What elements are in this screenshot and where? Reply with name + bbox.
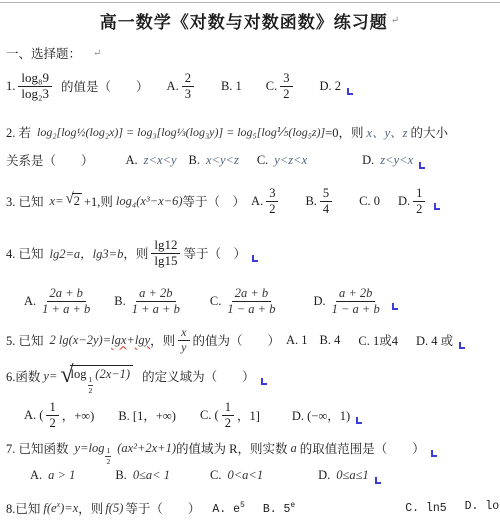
option-d-value: z<y<x bbox=[380, 153, 413, 168]
math-expression: x= bbox=[50, 194, 64, 209]
option-b-label: B. bbox=[114, 294, 125, 309]
option-b-label: B. bbox=[189, 153, 200, 168]
option-a-label: A. bbox=[30, 468, 42, 483]
question-text: ，则 bbox=[78, 499, 103, 517]
fraction-numerator: 1 bbox=[46, 400, 58, 415]
question-text: =0，则 bbox=[325, 123, 363, 141]
title-row: 高一数学《对数与对数函数》练习题↵ bbox=[0, 8, 500, 33]
fraction-denominator: lg15 bbox=[151, 254, 180, 269]
option-a: A. e5 bbox=[212, 501, 244, 516]
option-c: C. 0 bbox=[359, 194, 380, 209]
edit-mark-icon bbox=[392, 303, 398, 310]
edit-mark-icon bbox=[431, 450, 437, 457]
question-text: 的值域为 R，则实数 bbox=[176, 439, 287, 457]
question-1: 1. log₈9 log₂3 的值是（ ） A. 2 3 B. 1 C. 3 2… bbox=[6, 60, 353, 112]
option-b-label: B. bbox=[305, 194, 316, 209]
edit-mark-icon bbox=[375, 477, 381, 484]
fraction-denominator: 2 bbox=[222, 416, 234, 430]
question-7-options: A. a > 1 B. 0≤a< 1 C. 0<a<1 D. 0≤a≤1 bbox=[30, 464, 381, 486]
math-expression-misspelled: lgx bbox=[111, 333, 126, 348]
option-d-value: 0≤a≤1 bbox=[336, 468, 368, 483]
document-page: 高一数学《对数与对数函数》练习题↵ 一、选择题：↵ 1. log₈9 log₂3… bbox=[0, 0, 500, 524]
fraction: x y bbox=[178, 326, 189, 355]
fraction-denominator: 4 bbox=[320, 202, 332, 216]
option-b-label: B. bbox=[115, 468, 126, 483]
math-expression-misspelled: lgy bbox=[135, 333, 150, 348]
question-number: 3. 已知 bbox=[6, 192, 44, 210]
fraction: 3 2 bbox=[266, 186, 278, 216]
option-d: D. (−∞，1) bbox=[292, 406, 350, 424]
option-b-value: x<y<z bbox=[206, 153, 239, 168]
log-argument: (2x−1) bbox=[95, 367, 130, 382]
fraction: 1 2 bbox=[222, 400, 234, 430]
option-a: A. 1 bbox=[286, 333, 308, 348]
fraction: 3 2 bbox=[280, 71, 292, 101]
fraction-numerator: x bbox=[178, 326, 189, 341]
pilcrow-return-icon: ↵ bbox=[93, 48, 101, 59]
fraction-numerator: lg12 bbox=[151, 238, 180, 254]
option-c-label: C. bbox=[210, 468, 221, 483]
fraction: 1 2 bbox=[46, 400, 58, 430]
question-stem: 的定义域为（ ） bbox=[142, 367, 255, 385]
question-stem: 等于（ ） bbox=[183, 244, 246, 262]
radical-icon: √ bbox=[66, 192, 74, 207]
log-base-fraction: 1 2 bbox=[105, 446, 111, 466]
radicand: log 1 2 (2x−1) bbox=[70, 365, 134, 387]
question-number: 4. 已知 bbox=[6, 244, 44, 262]
fraction-numerator: 1 bbox=[222, 400, 234, 415]
math-expression: 2 lg(x−2y)= bbox=[50, 333, 112, 348]
question-text: ，则 bbox=[123, 244, 148, 262]
fraction-numerator: 1 bbox=[105, 446, 111, 456]
question-6-options: A. ( 1 2 ，+∞) B. [1，+∞) C. ( 1 2 ，1] D. … bbox=[24, 395, 362, 435]
log-base-fraction: 1 2 bbox=[88, 375, 94, 395]
fraction-denominator: 1 − a + b bbox=[329, 302, 383, 316]
option-b-exponent: e bbox=[290, 501, 295, 510]
fraction-denominator: 2 bbox=[266, 202, 278, 216]
option-a-label: A. ( bbox=[24, 408, 43, 423]
question-text: 的大小 bbox=[410, 123, 448, 141]
page-title: 高一数学《对数与对数函数》练习题 bbox=[100, 8, 388, 33]
option-a-value: z<x<y bbox=[144, 153, 177, 168]
fraction-numerator: 1 bbox=[88, 375, 94, 385]
question-7-line1: 7. 已知函数 y=log 1 2 (ax²+2x+1) 的值域为 R，则实数 … bbox=[6, 431, 437, 465]
fraction-numerator: 5 bbox=[320, 186, 332, 201]
log-function: log bbox=[71, 367, 87, 382]
option-d: D. log5e bbox=[465, 500, 500, 515]
page-top-border bbox=[0, 2, 500, 3]
question-number: 8.已知 bbox=[6, 499, 40, 517]
option-a-value: a > 1 bbox=[48, 468, 75, 483]
question-number: 7. 已知函数 bbox=[6, 439, 69, 457]
question-stem: 的取值范围是（ ） bbox=[300, 439, 425, 457]
fraction-numerator: log₈9 bbox=[18, 71, 52, 87]
question-4-options: A. 2a + b 1 + a + b B. a + 2b 1 + a + b … bbox=[24, 280, 398, 322]
option-c-value: 0<a<1 bbox=[227, 468, 263, 483]
question-8: 8.已知 f(ex)=x ，则 f(5) 等于（ ） A. e5 B. 5e C… bbox=[6, 495, 500, 521]
question-2-line2: 关系是（ ） A. z<x<y B. x<y<z C. y<z<x D. z<y… bbox=[6, 149, 425, 171]
option-b: B. 5e bbox=[263, 501, 295, 516]
fraction: 2a + b 1 − a + b bbox=[224, 286, 278, 316]
fraction: 2 3 bbox=[182, 71, 194, 101]
fx-base: f(e bbox=[43, 501, 56, 515]
math-variables: x、y、z bbox=[367, 123, 408, 141]
fraction: a + 2b 1 − a + b bbox=[329, 286, 383, 316]
question-text: ，则 bbox=[150, 331, 175, 349]
fraction-denominator: 3 bbox=[182, 87, 194, 101]
option-a-base: A. e bbox=[212, 502, 240, 515]
edit-mark-icon bbox=[419, 162, 425, 169]
fraction-numerator: a + 2b bbox=[136, 286, 175, 301]
question-text: +1,则 bbox=[84, 192, 113, 210]
math-operator: + bbox=[126, 333, 134, 348]
option-d-label: D. bbox=[398, 194, 410, 209]
math-expression: lg2=a，lg3=b bbox=[50, 244, 124, 262]
math-expression: f(5) bbox=[105, 501, 123, 516]
question-stem: 等于（ ） bbox=[183, 192, 246, 210]
question-3: 3. 已知 x= √ 2 +1,则 log₄(x³−x−6) 等于（ ） A. … bbox=[6, 177, 440, 225]
option-a-label: A. bbox=[126, 153, 138, 168]
edit-mark-icon bbox=[459, 342, 465, 349]
option-c: C. ln5 bbox=[405, 502, 446, 515]
option-c: C. 1或4 bbox=[358, 331, 398, 349]
option-d-label: D. bbox=[318, 468, 330, 483]
option-a-exponent: 5 bbox=[240, 501, 245, 510]
option-b: B. 4 bbox=[320, 333, 341, 348]
fraction-numerator: 3 bbox=[280, 71, 292, 86]
option-b: B. [1，+∞) bbox=[118, 406, 176, 424]
fraction-numerator: 1 bbox=[413, 186, 425, 201]
fraction-denominator: 1 + a + b bbox=[129, 302, 183, 316]
question-4-line1: 4. 已知 lg2=a，lg3=b ，则 lg12 lg15 等于（ ） bbox=[6, 231, 258, 275]
fraction: 2a + b 1 + a + b bbox=[39, 286, 93, 316]
math-expression: log₂[log½(log₂x)] = log₃[log⅓(log₃y)] = … bbox=[37, 125, 325, 140]
fraction-numerator: 2a + b bbox=[232, 286, 271, 301]
option-a-label: A. bbox=[167, 79, 179, 94]
question-stem: 的值是（ ） bbox=[61, 77, 149, 95]
fraction: 5 4 bbox=[320, 186, 332, 216]
option-b-value: 0≤a< 1 bbox=[133, 468, 170, 483]
question-2-line1: 2. 若 log₂[log½(log₂x)] = log₃[log⅓(log₃y… bbox=[6, 121, 448, 143]
question-stem: 关系是（ ） bbox=[6, 151, 94, 169]
fraction-denominator: log₂3 bbox=[18, 87, 52, 102]
edit-mark-icon bbox=[347, 88, 353, 95]
radical-expression: √ log 1 2 (2x−1) bbox=[60, 365, 133, 387]
fraction: a + 2b 1 + a + b bbox=[129, 286, 183, 316]
fraction-denominator: 2 bbox=[46, 416, 58, 430]
option-d: D. 4 或 bbox=[416, 331, 453, 349]
math-variable: a bbox=[291, 441, 297, 456]
option-d-base: D. log bbox=[465, 500, 500, 513]
fraction: log₈9 log₂3 bbox=[18, 71, 52, 102]
option-a-label: A. bbox=[24, 294, 36, 309]
option-b-base: B. 5 bbox=[263, 502, 291, 515]
fraction-numerator: 2a + b bbox=[47, 286, 86, 301]
fraction-denominator: y bbox=[178, 341, 189, 355]
fraction-denominator: 2 bbox=[413, 202, 425, 216]
option-d-label: D. bbox=[313, 294, 325, 309]
fraction-denominator: 1 + a + b bbox=[39, 302, 93, 316]
option-c-value: y<z<x bbox=[274, 153, 307, 168]
fraction-numerator: a + 2b bbox=[336, 286, 375, 301]
fraction: lg12 lg15 bbox=[151, 238, 180, 269]
edit-mark-icon bbox=[434, 203, 440, 210]
math-expression: y= bbox=[43, 369, 57, 384]
fraction-denominator: 1 − a + b bbox=[224, 302, 278, 316]
option-c-suffix: ，1] bbox=[237, 406, 260, 424]
question-5: 5. 已知 2 lg(x−2y)= lgx + lgy ，则 x y 的值为（ … bbox=[6, 320, 465, 360]
square-root: √ 2 bbox=[66, 193, 82, 209]
option-c-label: C. ( bbox=[200, 408, 219, 423]
option-a-suffix: ，+∞) bbox=[62, 406, 95, 424]
fraction-denominator: 2 bbox=[280, 87, 292, 101]
option-c-label: C. bbox=[266, 79, 277, 94]
option-c-label: C. bbox=[210, 294, 221, 309]
question-number: 5. 已知 bbox=[6, 331, 44, 349]
pilcrow-return-icon: ↵ bbox=[391, 15, 400, 26]
fraction-numerator: 2 bbox=[182, 71, 194, 86]
fx-rest: )=x bbox=[60, 501, 78, 515]
question-number: 2. 若 bbox=[6, 123, 31, 141]
math-expression: f(ex)=x bbox=[43, 500, 78, 516]
fraction-denominator: 2 bbox=[89, 386, 93, 395]
fraction-numerator: 3 bbox=[266, 186, 278, 201]
question-stem: 等于（ ） bbox=[125, 499, 200, 517]
math-expression: y=log bbox=[75, 441, 105, 456]
question-number: 1. bbox=[6, 79, 15, 94]
question-number: 6.函数 bbox=[6, 367, 40, 385]
option-b: B. 1 bbox=[221, 79, 242, 94]
question-6-line1: 6.函数 y= √ log 1 2 (2x−1) 的定义域为（ ） bbox=[6, 358, 267, 394]
edit-mark-icon bbox=[356, 417, 362, 424]
log-argument: (ax²+2x+1) bbox=[117, 441, 176, 456]
edit-mark-icon bbox=[252, 255, 258, 262]
edit-mark-icon bbox=[261, 378, 267, 385]
option-d-label: D. bbox=[362, 153, 374, 168]
math-expression: log₄(x³−x−6) bbox=[116, 194, 183, 209]
fraction: 1 2 bbox=[413, 186, 425, 216]
option-d: D. 2 bbox=[320, 79, 342, 94]
question-stem: 的值为（ ） bbox=[193, 331, 281, 349]
option-c-label: C. bbox=[257, 153, 268, 168]
option-a-label: A. bbox=[251, 194, 263, 209]
